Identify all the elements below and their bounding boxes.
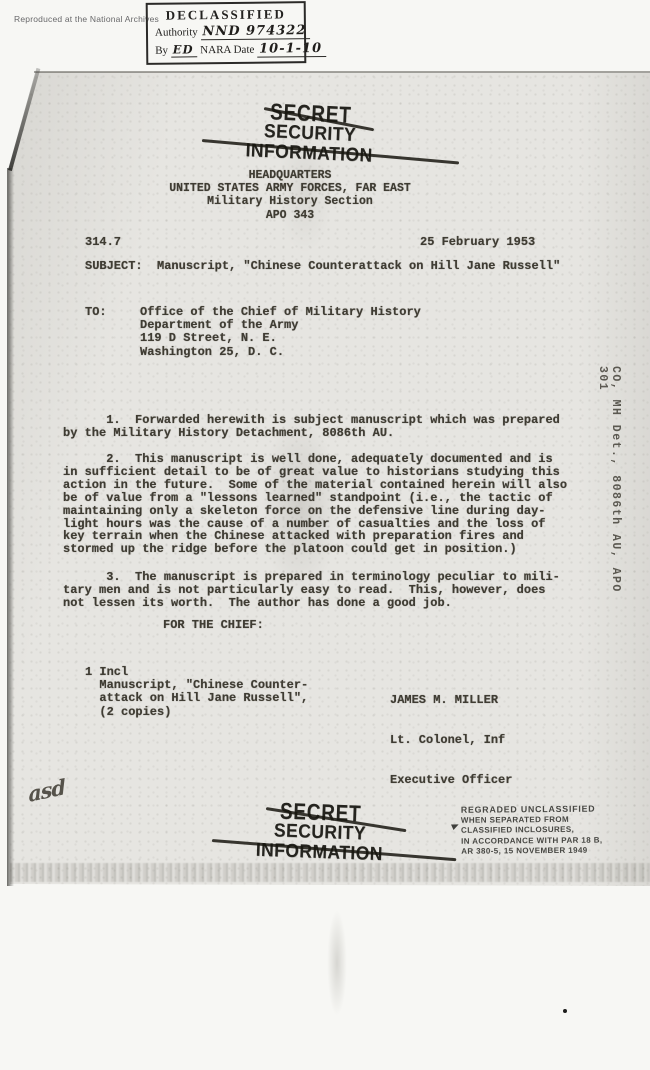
authority-value-handwritten: NND 974322 <box>200 23 310 40</box>
regraded-unclassified-stamp: REGRADED UNCLASSIFIED WHEN SEPARATED FRO… <box>461 803 641 857</box>
letterhead: HEADQUARTERS UNITED STATES ARMY FORCES, … <box>125 169 455 222</box>
subject-text: Manuscript, "Chinese Counterattack on Hi… <box>157 259 560 273</box>
signature-block: JAMES M. MILLER Lt. Colonel, Inf Executi… <box>390 668 512 813</box>
vertical-routing-note: CO, MH Det., 8086th AU, APO 301 <box>596 366 622 611</box>
ink-speck <box>563 1009 567 1013</box>
scan-smudge <box>322 888 352 1038</box>
body-paragraph-2: 2. This manuscript is well done, adequat… <box>63 453 567 556</box>
subject-label: SUBJECT: <box>85 259 143 273</box>
page-bottom-edge <box>10 863 650 882</box>
body-paragraph-3: 3. The manuscript is prepared in termino… <box>63 571 560 610</box>
declassified-by-row: By ED NARA Date 10-1-10 <box>155 41 326 58</box>
declassified-authority-row: Authority NND 974322 <box>155 23 311 40</box>
page-top-edge <box>34 71 650 73</box>
by-value-handwritten: ED <box>171 42 198 57</box>
to-label: TO: <box>85 306 107 319</box>
closing-line: FOR THE CHIEF: <box>163 619 264 632</box>
date-value-handwritten: 10-1-10 <box>257 41 326 58</box>
body-paragraph-1: 1. Forwarded herewith is subject manuscr… <box>63 414 560 440</box>
nara-date-label: NARA Date <box>200 44 254 57</box>
scanned-document: Reproduced at the National Archives DECL… <box>0 0 650 1070</box>
declassified-stamp: DECLASSIFIED Authority NND 974322 By ED … <box>146 1 307 65</box>
enclosure-block: 1 Incl Manuscript, "Chinese Counter- att… <box>85 666 308 719</box>
document-date: 25 February 1953 <box>420 236 535 249</box>
officer-rank: Lt. Colonel, Inf <box>390 734 512 747</box>
officer-name: JAMES M. MILLER <box>390 694 512 707</box>
authority-label: Authority <box>155 26 198 38</box>
by-label: By <box>155 45 168 57</box>
archive-reproduction-note: Reproduced at the National Archives <box>14 14 159 24</box>
page-left-edge-shadow <box>7 168 14 886</box>
regrade-stamp-body: WHEN SEPARATED FROM CLASSIFIED INCLOSURE… <box>461 814 641 857</box>
declassified-title: DECLASSIFIED <box>148 6 304 24</box>
subject-line: SUBJECT: Manuscript, "Chinese Counteratt… <box>85 260 560 273</box>
file-number: 314.7 <box>85 236 121 249</box>
to-address: Office of the Chief of Military History … <box>140 306 421 359</box>
officer-title: Executive Officer <box>390 774 512 787</box>
